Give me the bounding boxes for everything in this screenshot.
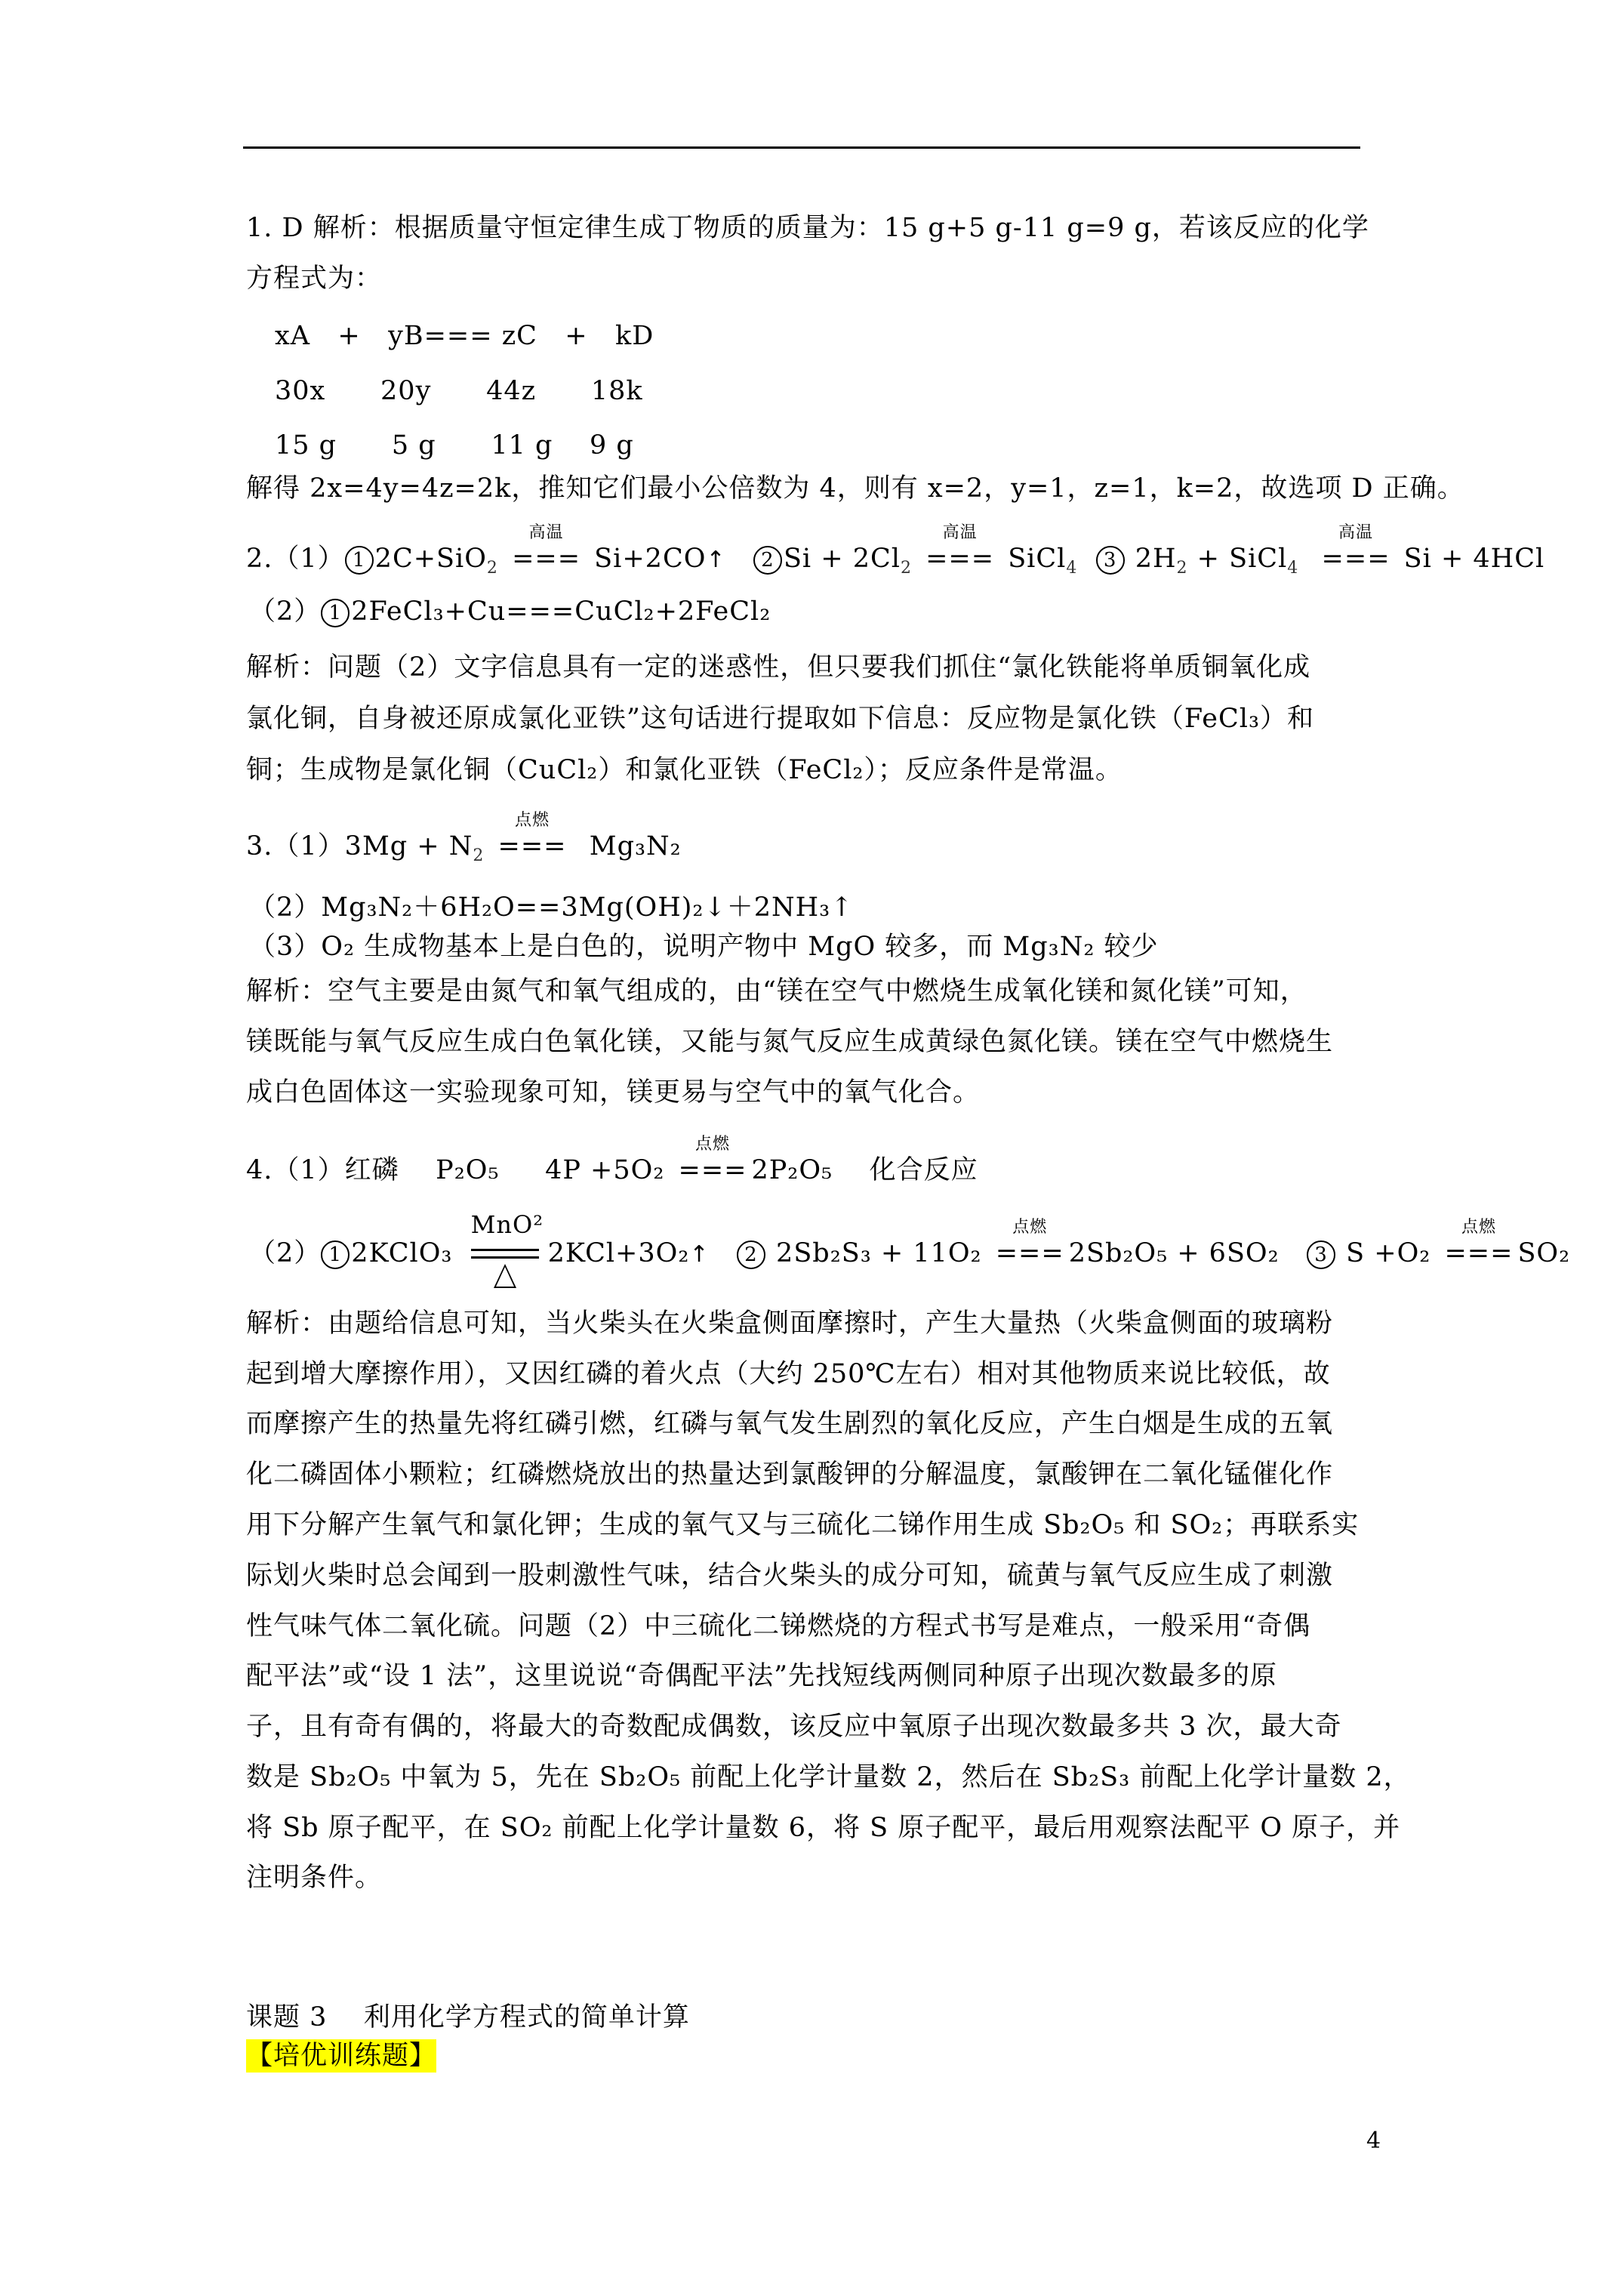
s3-analysis-3: 成白色固体这一实验现象可知，镁更易与空气中的氧气化合。	[246, 1077, 980, 1108]
lesson-title: 课题 3 利用化学方程式的简单计算	[246, 2002, 690, 2032]
s4-analysis-8: 配平法”或“设 1 法”，这里说说“奇偶配平法”先找短线两侧同种原子出现次数最多…	[246, 1661, 1277, 1691]
s4-part1: 4.（1）红磷 P₂O₅ 4P +5O₂ 点燃===2P₂O₅ 化合反应	[246, 1155, 978, 1185]
s2-eq2-left: Si + 2Cl	[784, 544, 901, 574]
s3-analysis-1: 解析：空气主要是由氮气和氧气组成的，由“镁在空气中燃烧生成氧化镁和氮化镁”可知，	[246, 976, 1307, 1006]
s2-eq3-sign: 高温===	[1322, 544, 1390, 574]
s4-analysis-3: 而摩擦产生的热量先将红磷引燃，红磷与氧气发生剧烈的氧化反应，产生白烟是生成的五氧	[246, 1409, 1333, 1439]
circled-one-icon: 1	[321, 1240, 350, 1269]
s4-part2: （2）12KClO₃ MnO²2KCl+3O₂↑ 2 2Sb₂S₃ + 11O₂…	[249, 1238, 1570, 1270]
circled-two-icon: 2	[753, 546, 782, 575]
header-rule	[243, 146, 1360, 149]
s4-analysis-12: 注明条件。	[246, 1863, 382, 1893]
s4-analysis-7: 性气味气体二氧化硫。问题（2）中三硫化二锑燃烧的方程式书写是难点，一般采用“奇偶	[246, 1611, 1310, 1641]
s4-analysis-11: 将 Sb 原子配平，在 SO₂ 前配上化学计量数 6，将 S 原子配平，最后用观…	[246, 1813, 1400, 1843]
s1-conclusion: 解得 2x=4y=4z=2k，推知它们最小公倍数为 4，则有 x=2，y=1，z…	[246, 473, 1464, 504]
s3-sign: 点燃===	[498, 831, 567, 861]
s2-eq1-sign: 高温===	[512, 544, 581, 574]
arrow-up-icon: ↑	[689, 1241, 709, 1268]
circled-one-icon: 1	[321, 599, 350, 627]
condition-high-temp: 高温	[529, 518, 564, 548]
circled-one-icon: 1	[345, 546, 374, 575]
s4-eq3-sign: 点燃===	[1444, 1238, 1513, 1268]
s2-eq3-left: 2H	[1126, 544, 1177, 574]
s1-line2: 方程式为：	[246, 264, 382, 294]
circled-two-icon: 2	[737, 1240, 765, 1269]
s1-value-row: 15 g 5 g 11 g 9 g	[275, 430, 634, 461]
s2-analysis-1: 解析：问题（2）文字信息具有一定的迷惑性，但只要我们抓住“氯化铁能将单质铜氧化成	[246, 652, 1310, 683]
s4-analysis-9: 子，且有奇有偶的，将最大的奇数配成偶数，该反应中氧原子出现次数最多共 3 次，最…	[246, 1712, 1342, 1742]
condition-ignite: 点燃	[515, 806, 550, 836]
s3-part3: （3）O₂ 生成物基本上是白色的，说明产物中 MgO 较多，而 Mg₃N₂ 较少	[249, 932, 1159, 962]
circled-three-icon: 3	[1096, 546, 1125, 575]
s2-eq3-right: Si + 4HCl	[1395, 544, 1545, 574]
s2-prefix: 2.（1）	[246, 544, 345, 574]
s3-analysis-2: 镁既能与氧气反应生成白色氧化镁，又能与氮气反应生成黄绿色氮化镁。镁在空气中燃烧生	[246, 1027, 1333, 1057]
catalyst-heat-sign: MnO²	[471, 1240, 539, 1270]
s4-analysis-6: 际划火柴时总会闻到一股刺激性气味，结合火柴头的成分可知，硫黄与氧气反应生成了刺激	[246, 1561, 1333, 1591]
s2-analysis-2: 氯化铜，自身被还原成氯化亚铁”这句话进行提取如下信息：反应物是氯化铁（FeCl₃…	[246, 704, 1314, 734]
s1-line1: 1. D 解析：根据质量守恒定律生成丁物质的质量为：15 g+5 g-11 g=…	[246, 213, 1369, 243]
s4-analysis-2: 起到增大摩擦作用），又因红磷的着火点（大约 250℃左右）相对其他物质来说比较低…	[246, 1359, 1331, 1389]
s4-eq2-sign: 点燃===	[996, 1238, 1064, 1268]
lesson-tag: 【培优训练题】	[246, 2041, 436, 2071]
s4-sign: 点燃===	[679, 1155, 747, 1185]
s1-mass-row: 30x 20y 44z 18k	[275, 376, 643, 406]
s4-analysis-1: 解析：由题给信息可知，当火柴头在火柴盒侧面摩擦时，产生大量热（火柴盒侧面的玻璃粉	[246, 1308, 1333, 1339]
s2-eq1-right: Si+2CO	[585, 544, 706, 574]
s4-analysis-10: 数是 Sb₂O₅ 中氧为 5，先在 Sb₂O₅ 前配上化学计量数 2，然后在 S…	[246, 1762, 1411, 1792]
s2-part2-equation: 2FeCl₃+Cu===CuCl₂+2FeCl₂	[351, 596, 771, 627]
s2-equations-line: 2.（1）12C+SiO2 高温=== Si+2CO↑ 2Si + 2Cl2 高…	[246, 544, 1544, 575]
s2-analysis-3: 铜；生成物是氯化铜（CuCl₂）和氯化亚铁（FeCl₂）；反应条件是常温。	[246, 755, 1123, 785]
s4-analysis-5: 用下分解产生氧气和氯化钾；生成的氧气又与三硫化二锑作用生成 Sb₂O₅ 和 SO…	[246, 1510, 1359, 1540]
training-tag-highlight: 【培优训练题】	[246, 2039, 436, 2073]
s1-equation-row: xA + yB=== zC + kD	[275, 321, 654, 351]
circled-three-icon: 3	[1307, 1240, 1335, 1269]
s2-eq2-sign: 高温===	[925, 544, 994, 574]
heat-triangle-icon	[494, 1264, 516, 1288]
s2-eq2-right: SiCl	[999, 544, 1066, 574]
page-number: 4	[1366, 2128, 1381, 2154]
s3-part2: （2）Mg₃N₂＋6H₂O==3Mg(OH)₂↓＋2NH₃↑	[249, 892, 854, 923]
reaction-type: 化合反应	[870, 1155, 978, 1185]
s3-part1: 3.（1）3Mg + N2 点燃=== Mg₃N₂	[246, 831, 682, 861]
s4-analysis-4: 化二磷固体小颗粒；红磷燃烧放出的热量达到氯酸钾的分解温度，氯酸钾在二氧化锰催化作	[246, 1459, 1333, 1490]
s2-eq1-left: 2C+SiO	[375, 544, 487, 574]
s2-part2: （2）12FeCl₃+Cu===CuCl₂+2FeCl₂	[249, 596, 771, 627]
arrow-up-icon: ↑	[706, 547, 725, 573]
